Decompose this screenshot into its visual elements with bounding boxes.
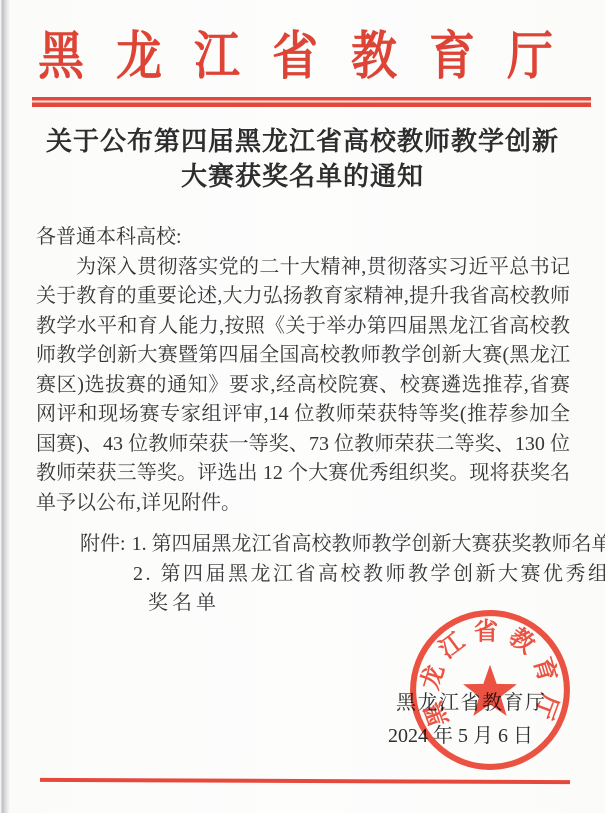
attachment-item-1: 1. 第四届黑龙江省高校教师教学创新大赛获奖教师名单 — [132, 533, 605, 555]
masthead-rule — [32, 97, 591, 107]
agency-masthead: 黑 龙 江 省 教 育 厅 — [35, 27, 556, 89]
footer-rule — [40, 778, 570, 784]
masthead-char: 教 — [351, 27, 397, 89]
body-paragraph: 为深入贯彻落实党的二十大精神,贯彻落实习近平总书记关于教育的重要论述,大力弘扬教… — [36, 253, 570, 519]
scan-edge-artifact — [0, 0, 10, 813]
masthead-char: 厅 — [507, 27, 553, 89]
salutation: 各普通本科高校: — [36, 223, 570, 253]
title-line-1: 关于公布第四届黑龙江省高校教师教学创新 — [0, 124, 605, 159]
masthead-char: 龙 — [116, 27, 162, 89]
attachment-item-1-row: 附件:1. 第四届黑龙江省高校教师教学创新大赛获奖教师名单 — [80, 530, 570, 560]
masthead-char: 黑 — [38, 27, 84, 89]
title-line-2: 大赛获奖名单的通知 — [0, 159, 605, 194]
attachment-item-2-line-1: 2. 第四届黑龙江省高校教师教学创新大赛优秀组织 — [133, 560, 570, 590]
official-seal: 黑龙江省教育厅 — [406, 606, 574, 774]
document-title: 关于公布第四届黑龙江省高校教师教学创新 大赛获奖名单的通知 — [0, 124, 605, 194]
notice-document: 黑 龙 江 省 教 育 厅 关于公布第四届黑龙江省高校教师教学创新 大赛获奖名单… — [0, 0, 605, 813]
masthead-char: 省 — [273, 27, 319, 89]
masthead-char: 江 — [194, 27, 240, 89]
masthead-char: 育 — [429, 27, 475, 89]
seal-star — [463, 665, 517, 716]
document-body: 各普通本科高校: 为深入贯彻落实党的二十大精神,贯彻落实习近平总书记关于教育的重… — [36, 223, 570, 619]
attachments-label: 附件: — [80, 533, 126, 555]
